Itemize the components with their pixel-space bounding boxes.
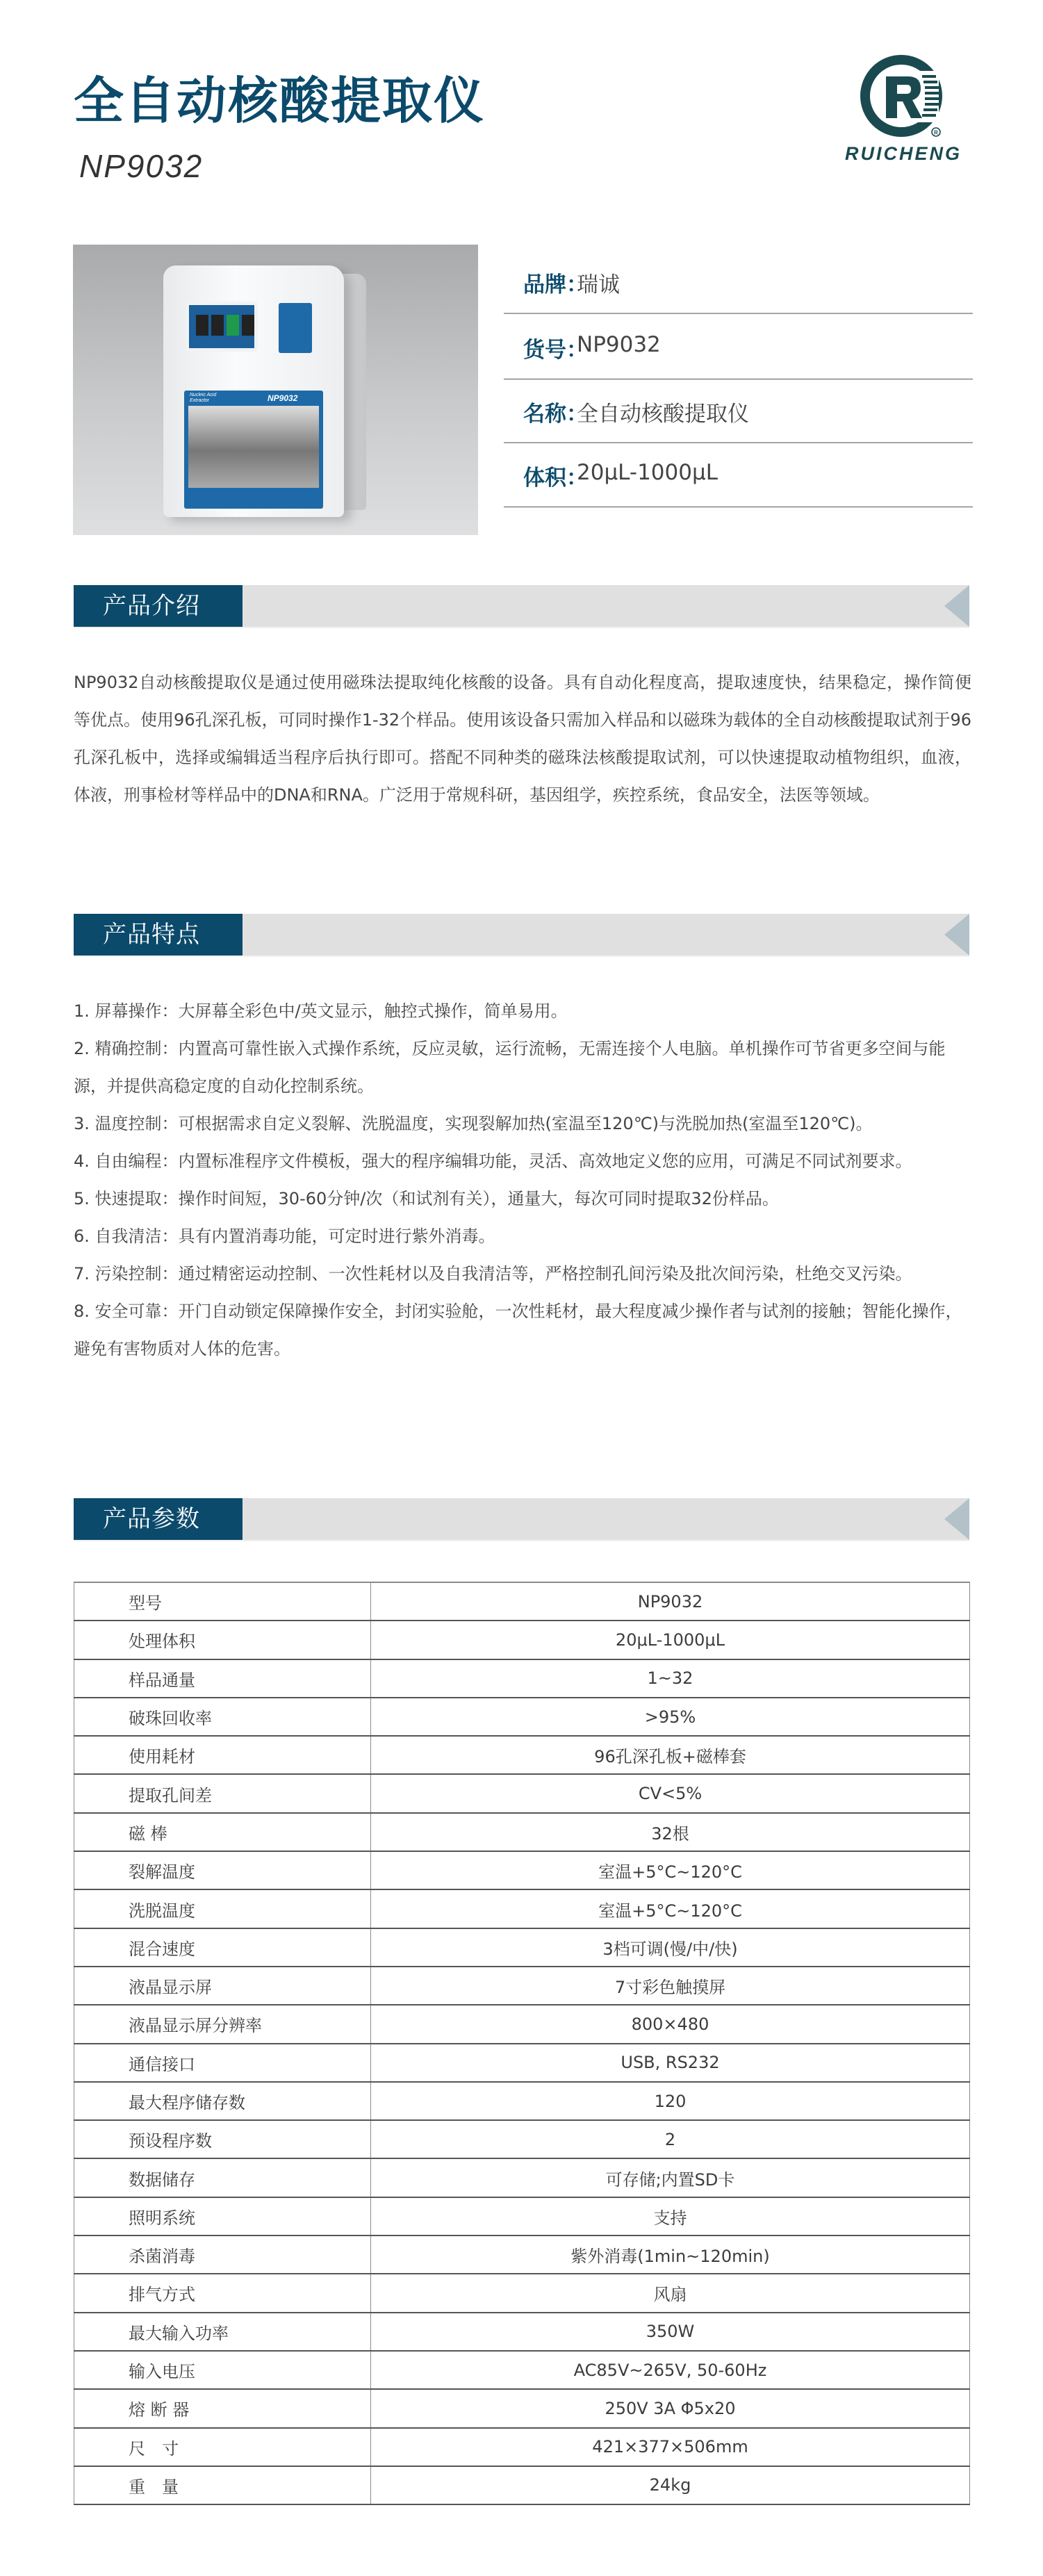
spec-value: 7寸彩色触摸屏 — [371, 1967, 970, 2005]
spec-value: 800×480 — [371, 2005, 970, 2043]
spec-value: 250V 3A Φ5x20 — [371, 2389, 970, 2427]
table-row: 排气方式风扇 — [74, 2274, 970, 2312]
spec-label: 样品通量 — [74, 1659, 371, 1698]
table-row: 输入电压AC85V~265V, 50-60Hz — [74, 2351, 970, 2389]
spec-label: 排气方式 — [74, 2274, 371, 2312]
spec-value: 可存储;内置SD卡 — [371, 2158, 970, 2197]
brand-logo: R RUICHENG — [830, 54, 976, 172]
spec-value: USB, RS232 — [371, 2044, 970, 2082]
spec-value: 120 — [371, 2082, 970, 2120]
table-row: 裂解温度室温+5°C~120°C — [74, 1851, 970, 1889]
spec-value: CV<5% — [371, 1774, 970, 1812]
table-row: 提取孔间差CV<5% — [74, 1774, 970, 1812]
feature-item: 7. 污染控制：通过精密运动控制、一次性耗材以及自我清洁等，严格控制孔间污染及批… — [74, 1255, 971, 1293]
table-row: 样品通量1~32 — [74, 1659, 970, 1698]
spec-label: 输入电压 — [74, 2351, 371, 2389]
section-header-params: 产品参数 — [74, 1498, 969, 1540]
table-row: 最大程序储存数120 — [74, 2082, 970, 2120]
feature-item: 1. 屏幕操作：大屏幕全彩色中/英文显示，触控式操作，简单易用。 — [74, 992, 971, 1030]
features-list: 1. 屏幕操作：大屏幕全彩色中/英文显示，触控式操作，简单易用。 2. 精确控制… — [74, 992, 971, 1368]
spec-label: 杀菌消毒 — [74, 2235, 371, 2274]
feature-item: 5. 快速提取：操作时间短，30-60分钟/次（和试剂有关），通量大，每次可同时… — [74, 1180, 971, 1217]
table-row: 照明系统支持 — [74, 2197, 970, 2235]
table-row: 重 量24kg — [74, 2466, 970, 2504]
spec-label: 重 量 — [74, 2466, 371, 2504]
info-row-name: 名称： 全自动核酸提取仪 — [504, 379, 973, 443]
table-row: 磁 棒32根 — [74, 1813, 970, 1851]
touchscreen — [186, 302, 258, 352]
page-title: 全自动核酸提取仪 — [74, 69, 485, 132]
table-row: 通信接口USB, RS232 — [74, 2044, 970, 2082]
table-row: 混合速度3档可调(慢/中/快) — [74, 1928, 970, 1967]
spec-value: 3档可调(慢/中/快) — [371, 1928, 970, 1967]
spec-label: 照明系统 — [74, 2197, 371, 2235]
table-row: 型号NP9032 — [74, 1582, 970, 1621]
spec-label: 混合速度 — [74, 1928, 371, 1967]
table-row: 使用耗材96孔深孔板+磁棒套 — [74, 1736, 970, 1774]
feature-item: 6. 自我清洁：具有内置消毒功能，可定时进行紫外消毒。 — [74, 1217, 971, 1255]
table-row: 熔 断 器250V 3A Φ5x20 — [74, 2389, 970, 2427]
spec-value: >95% — [371, 1698, 970, 1736]
spec-value: 96孔深孔板+磁棒套 — [371, 1736, 970, 1774]
table-row: 最大输入功率350W — [74, 2313, 970, 2351]
info-row-brand: 品牌： 瑞诚 — [504, 250, 973, 314]
table-row: 液晶显示屏分辨率800×480 — [74, 2005, 970, 2043]
table-row: 处理体积20μL-1000μL — [74, 1621, 970, 1659]
table-row: 破珠回收率>95% — [74, 1698, 970, 1736]
spec-label: 使用耗材 — [74, 1736, 371, 1774]
spec-value: 风扇 — [371, 2274, 970, 2312]
spec-label: 提取孔间差 — [74, 1774, 371, 1812]
spec-table: 型号NP9032处理体积20μL-1000μL样品通量1~32破珠回收率>95%… — [74, 1582, 970, 2505]
spec-value: 2 — [371, 2120, 970, 2158]
section-header-features: 产品特点 — [74, 914, 969, 955]
spec-value: AC85V~265V, 50-60Hz — [371, 2351, 970, 2389]
extraction-chamber: Nucleic AcidExtractor NP9032 — [184, 391, 323, 509]
spec-value: 紫外消毒(1min~120min) — [371, 2235, 970, 2274]
spec-value: 室温+5°C~120°C — [371, 1851, 970, 1889]
logo-wordmark: RUICHENG — [830, 143, 976, 165]
spec-label: 洗脱温度 — [74, 1889, 371, 1928]
model-subtitle: NP9032 — [79, 147, 203, 185]
feature-item: 3. 温度控制：可根据需求自定义裂解、洗脱温度，实现裂解加热(室温至120℃)与… — [74, 1105, 971, 1142]
triangle-decoration-icon — [944, 914, 969, 955]
spec-label: 最大输入功率 — [74, 2313, 371, 2351]
product-image: Nucleic AcidExtractor NP9032 — [73, 245, 478, 535]
spec-label: 处理体积 — [74, 1621, 371, 1659]
table-row: 液晶显示屏7寸彩色触摸屏 — [74, 1967, 970, 2005]
spec-label: 破珠回收率 — [74, 1698, 371, 1736]
spec-label: 最大程序储存数 — [74, 2082, 371, 2120]
spec-label: 预设程序数 — [74, 2120, 371, 2158]
spec-value: 24kg — [371, 2466, 970, 2504]
spec-label: 液晶显示屏 — [74, 1967, 371, 2005]
spec-value: 350W — [371, 2313, 970, 2351]
section-header-intro: 产品介绍 — [74, 585, 969, 627]
spec-value: 1~32 — [371, 1659, 970, 1698]
spec-value: 20μL-1000μL — [371, 1621, 970, 1659]
table-row: 杀菌消毒紫外消毒(1min~120min) — [74, 2235, 970, 2274]
spec-label: 液晶显示屏分辨率 — [74, 2005, 371, 2043]
spec-label: 尺 寸 — [74, 2428, 371, 2466]
intro-paragraph: NP9032自动核酸提取仪是通过使用磁珠法提取纯化核酸的设备。具有自动化程度高，… — [74, 664, 971, 814]
spec-label: 磁 棒 — [74, 1813, 371, 1851]
feature-item: 8. 安全可靠：开门自动锁定保障操作安全，封闭实验舱，一次性耗材，最大程度减少操… — [74, 1293, 971, 1368]
ruicheng-r-logo-icon: R — [858, 54, 948, 141]
control-panel — [279, 303, 312, 353]
spec-label: 型号 — [74, 1582, 371, 1621]
triangle-decoration-icon — [944, 1498, 969, 1540]
spec-label: 熔 断 器 — [74, 2389, 371, 2427]
spec-value: 支持 — [371, 2197, 970, 2235]
info-row-sku: 货号： NP9032 — [504, 315, 973, 379]
feature-item: 4. 自由编程：内置标准程序文件模板，强大的程序编辑功能，灵活、高效地定义您的应… — [74, 1142, 971, 1180]
extractor-illustration: Nucleic AcidExtractor NP9032 — [163, 265, 344, 517]
table-row: 洗脱温度室温+5°C~120°C — [74, 1889, 970, 1928]
spec-label: 裂解温度 — [74, 1851, 371, 1889]
table-row: 尺 寸421×377×506mm — [74, 2428, 970, 2466]
table-row: 数据储存可存储;内置SD卡 — [74, 2158, 970, 2197]
spec-label: 通信接口 — [74, 2044, 371, 2082]
spec-value: 421×377×506mm — [371, 2428, 970, 2466]
table-row: 预设程序数2 — [74, 2120, 970, 2158]
spec-value: 室温+5°C~120°C — [371, 1889, 970, 1928]
spec-value: 32根 — [371, 1813, 970, 1851]
feature-item: 2. 精确控制：内置高可靠性嵌入式操作系统，反应灵敏，运行流畅，无需连接个人电脑… — [74, 1030, 971, 1105]
info-row-volume: 体积： 20μL-1000μL — [504, 443, 973, 507]
spec-value: NP9032 — [371, 1582, 970, 1621]
svg-text:R: R — [934, 130, 938, 136]
triangle-decoration-icon — [944, 585, 969, 627]
spec-label: 数据储存 — [74, 2158, 371, 2197]
